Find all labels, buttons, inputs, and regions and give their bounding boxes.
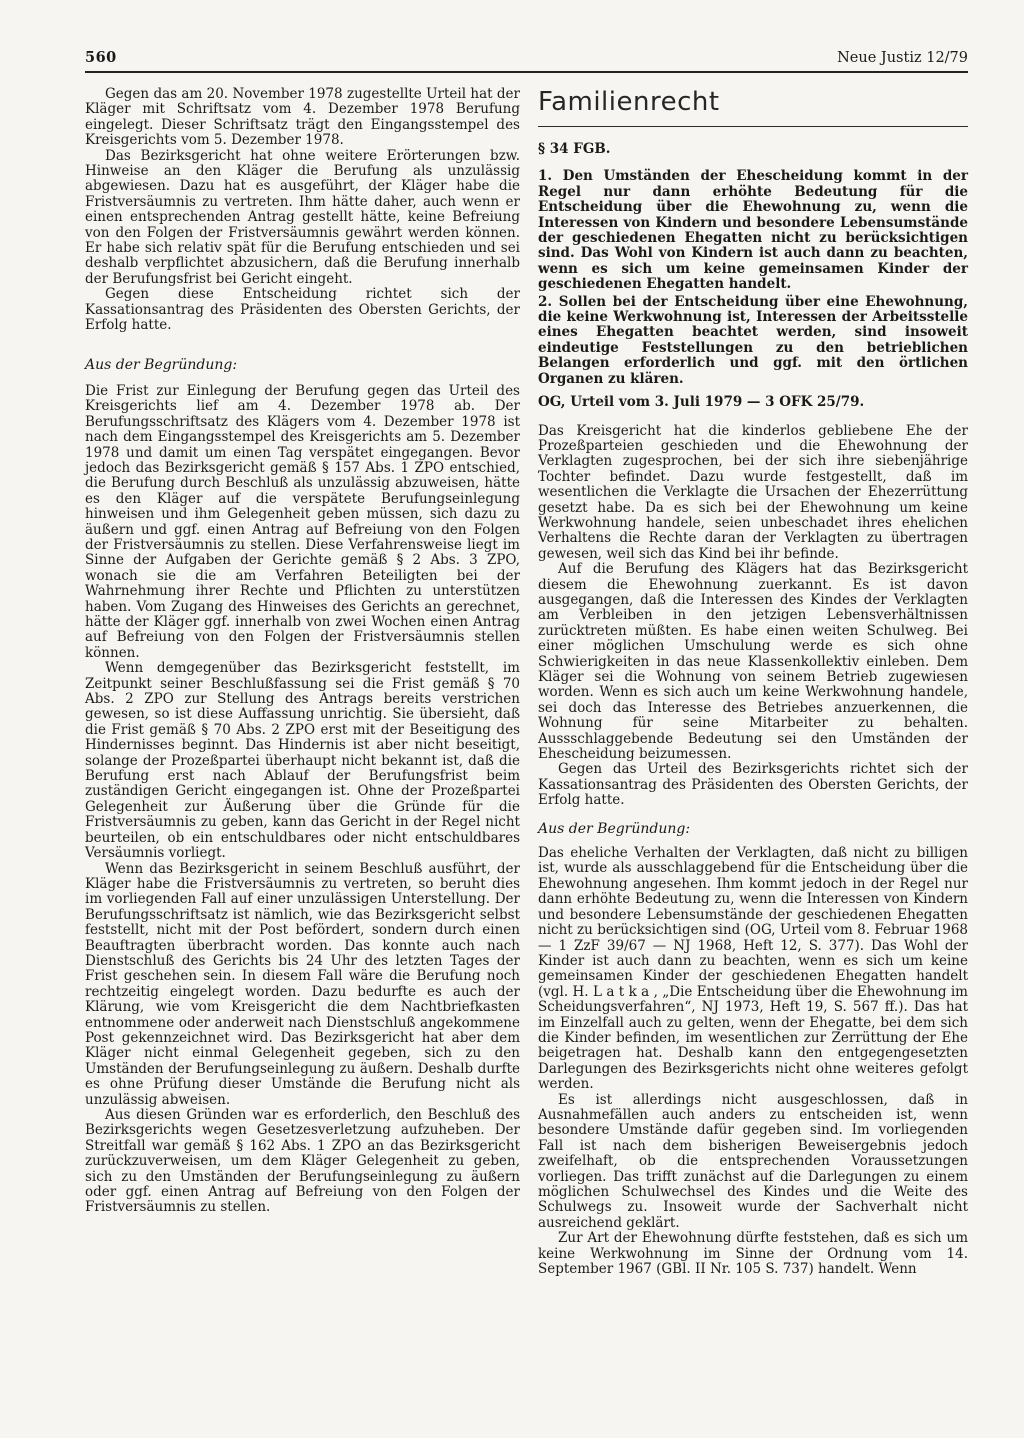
header-rule bbox=[85, 71, 968, 73]
reasoning-paragraph: Zur Art der Ehewohnung dürfte feststehen… bbox=[538, 1231, 968, 1277]
case-paragraph: Gegen diese Entscheidung richtet sich de… bbox=[85, 287, 520, 333]
begruendung-label: Aus der Begründung: bbox=[538, 822, 968, 837]
reasoning-paragraph: Wenn demgegenüber das Bezirksgericht fes… bbox=[85, 661, 520, 861]
page-number: 560 bbox=[85, 49, 117, 67]
section-title: Familienrecht bbox=[538, 87, 968, 117]
reasoning-paragraph: Es ist allerdings nicht ausgeschlossen, … bbox=[538, 1093, 968, 1232]
facts-paragraph: Das Kreisgericht hat die kinderlos gebli… bbox=[538, 424, 968, 563]
reasoning-paragraph: Die Frist zur Einlegung der Berufung geg… bbox=[85, 384, 520, 661]
journal-title: Neue Justiz 12/79 bbox=[837, 49, 968, 67]
headnote: 2. Sollen bei der Entscheidung über eine… bbox=[538, 295, 968, 387]
reasoning-paragraph: Das eheliche Verhalten der Verklagten, d… bbox=[538, 846, 968, 1093]
reasoning-paragraph: Aus diesen Gründen war es erforderlich, … bbox=[85, 1108, 520, 1216]
statute-heading: § 34 FGB. bbox=[538, 142, 968, 157]
journal-page: 560 Neue Justiz 12/79 Gegen das am 20. N… bbox=[0, 0, 1024, 1438]
headnote: 1. Den Umständen der Ehescheidung kommt … bbox=[538, 169, 968, 292]
reasoning-paragraph: Wenn das Bezirksgericht in seinem Beschl… bbox=[85, 862, 520, 1109]
right-column: Familienrecht § 34 FGB. 1. Den Umständen… bbox=[538, 87, 968, 1277]
facts-paragraph: Auf die Berufung des Klägers hat das Bez… bbox=[538, 562, 968, 762]
case-citation: OG, Urteil vom 3. Juli 1979 — 3 OFK 25/7… bbox=[538, 395, 968, 410]
case-paragraph: Gegen das am 20. November 1978 zugestell… bbox=[85, 87, 520, 149]
section-rule bbox=[538, 126, 968, 127]
left-column: Gegen das am 20. November 1978 zugestell… bbox=[85, 87, 520, 1277]
begruendung-label: Aus der Begründung: bbox=[85, 358, 520, 373]
two-column-layout: Gegen das am 20. November 1978 zugestell… bbox=[85, 87, 968, 1277]
case-paragraph: Das Bezirksgericht hat ohne weitere Erör… bbox=[85, 149, 520, 288]
page-header: 560 Neue Justiz 12/79 bbox=[85, 49, 968, 67]
facts-paragraph: Gegen das Urteil des Bezirksgerichts ric… bbox=[538, 762, 968, 808]
